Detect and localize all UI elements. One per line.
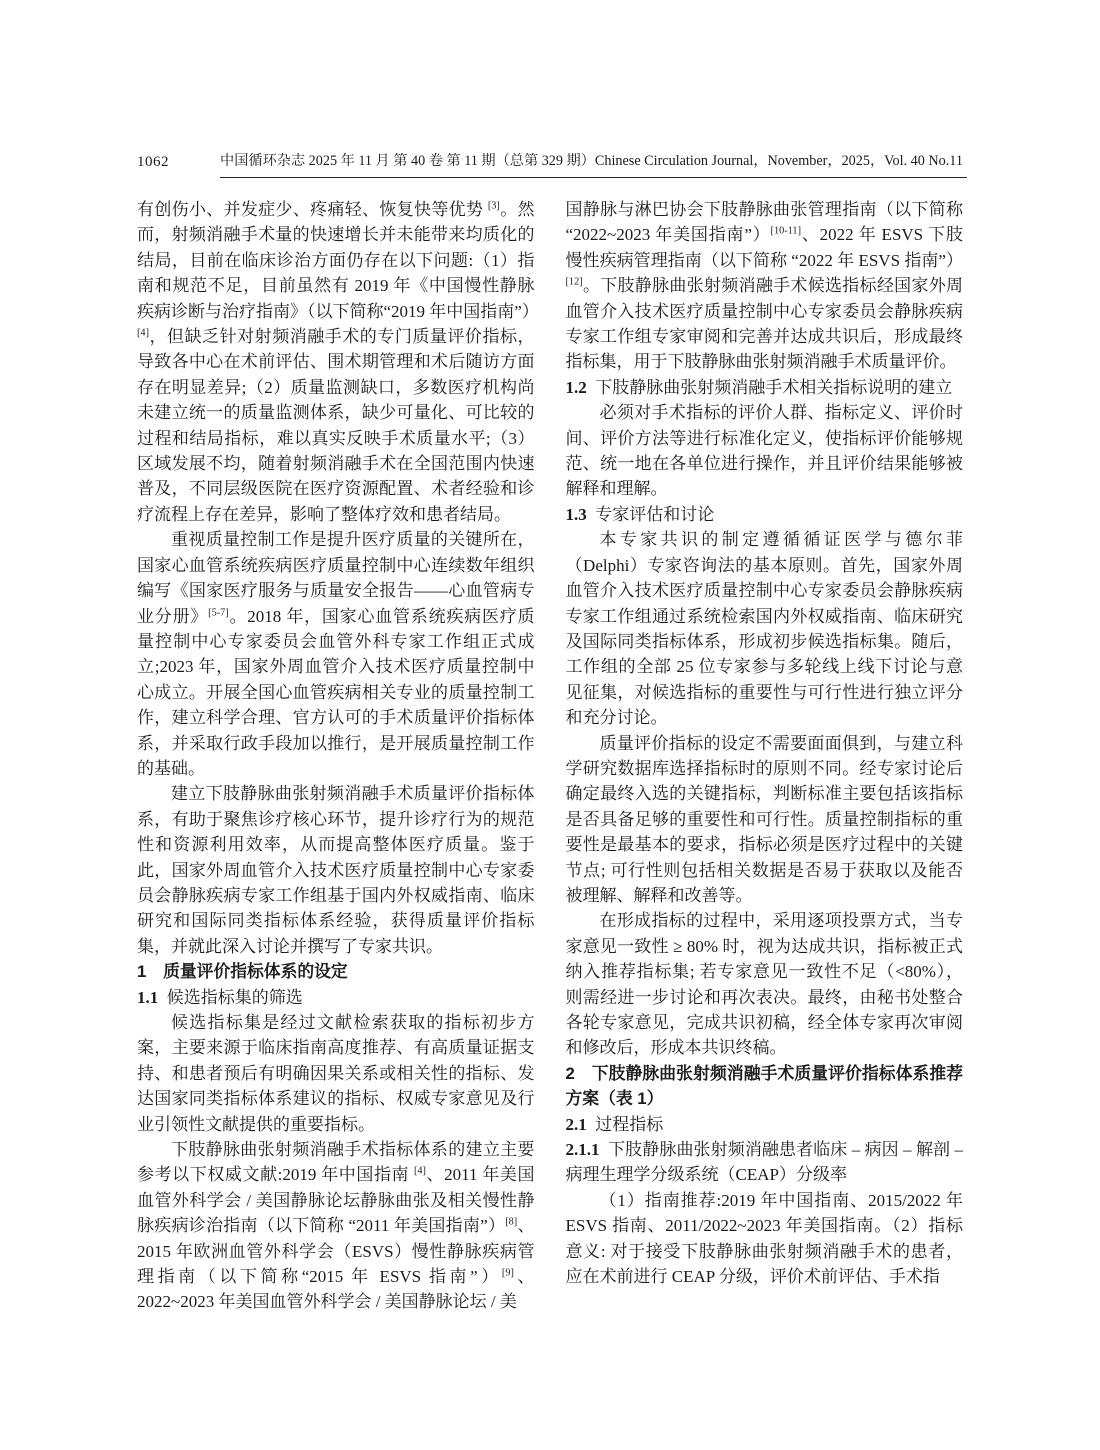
section-heading: 1 质量评价指标体系的设定 [137, 959, 535, 984]
reference-superscript: [12] [566, 277, 583, 288]
paragraph: 重视质量控制工作是提升医疗质量的关键所在，国家心血管系统疾病医疗质量控制中心连续… [137, 527, 535, 781]
heading-number: 1.1 [137, 988, 158, 1007]
section-heading: 2 下肢静脉曲张射频消融手术质量评价指标体系推荐方案（表 1） [566, 1061, 964, 1112]
column-left: 有创伤小、并发症少、疼痛轻、恢复快等优势 [3]。然而，射频消融手术量的快速增长… [137, 197, 535, 1315]
section-heading: 1.2下肢静脉曲张射频消融手术相关指标说明的建立 [566, 375, 964, 400]
section-heading: 2.1过程指标 [566, 1112, 964, 1137]
reference-superscript: [10-11] [771, 226, 802, 237]
reference-superscript: [9] [502, 1267, 514, 1278]
section-heading: 1.1候选指标集的筛选 [137, 985, 535, 1010]
paragraph: 必须对手术指标的评价人群、指标定义、评价时间、评价方法等进行标准化定义，使指标评… [566, 400, 964, 502]
reference-superscript: [8] [505, 1217, 517, 1228]
heading-number: 2.1.1 [566, 1140, 600, 1159]
running-head: 1062 中国循环杂志 2025 年 11 月 第 40 卷 第 11 期（总第… [137, 150, 967, 178]
page-number: 1062 [137, 154, 220, 178]
paragraph: 候选指标集是经过文献检索获取的指标初步方案，主要来源于临床指南高度推荐、有高质量… [137, 1010, 535, 1137]
section-heading: 1.3专家评估和讨论 [566, 502, 964, 527]
reference-superscript: [4] [414, 1166, 426, 1177]
journal-page: 1062 中国循环杂志 2025 年 11 月 第 40 卷 第 11 期（总第… [0, 0, 1100, 1450]
reference-superscript: [4] [137, 327, 149, 338]
journal-citation: 中国循环杂志 2025 年 11 月 第 40 卷 第 11 期（总第 329 … [220, 150, 967, 178]
paragraph: 在形成指标的过程中，采用逐项投票方式，当专家意见一致性 ≥ 80% 时，视为达成… [566, 908, 964, 1060]
reference-superscript: [3] [488, 200, 500, 211]
paragraph: 建立下肢静脉曲张射频消融手术质量评价指标体系，有助于聚焦诊疗核心环节，提升诊疗行… [137, 781, 535, 959]
paragraph: 国静脉与淋巴协会下肢静脉曲张管理指南（以下简称 “2022~2023 年美国指南… [566, 197, 964, 375]
section-heading: 2.1.1下肢静脉曲张射频消融患者临床 – 病因 – 解剖 – 病理生理学分级系… [566, 1137, 964, 1188]
paragraph: 质量评价指标的设定不需要面面俱到，与建立科学研究数据库选择指标时的原则不同。经专… [566, 731, 964, 909]
column-right: 国静脉与淋巴协会下肢静脉曲张管理指南（以下简称 “2022~2023 年美国指南… [566, 197, 964, 1315]
paragraph: 本专家共识的制定遵循循证医学与德尔菲（Delphi）专家咨询法的基本原则。首先，… [566, 527, 964, 730]
paragraph: （1）指南推荐:2019 年中国指南、2015/2022 年 ESVS 指南、2… [566, 1188, 964, 1290]
reference-superscript: [5-7] [208, 607, 229, 618]
heading-number: 1.3 [566, 505, 587, 524]
paragraph: 下肢静脉曲张射频消融手术指标体系的建立主要参考以下权威文献:2019 年中国指南… [137, 1137, 535, 1315]
heading-number: 2.1 [566, 1115, 587, 1134]
paragraph: 有创伤小、并发症少、疼痛轻、恢复快等优势 [3]。然而，射频消融手术量的快速增长… [137, 197, 535, 527]
heading-number: 1.2 [566, 378, 587, 397]
article-body: 有创伤小、并发症少、疼痛轻、恢复快等优势 [3]。然而，射频消融手术量的快速增长… [137, 197, 963, 1315]
